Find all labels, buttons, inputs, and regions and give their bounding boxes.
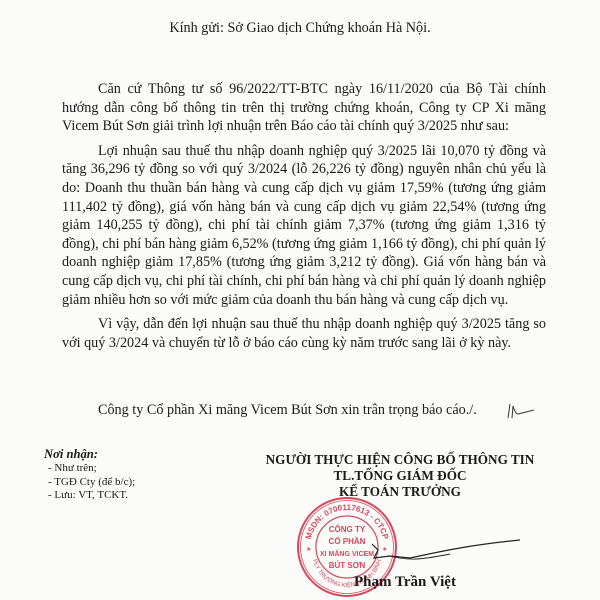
recipients-title: Nơi nhận: bbox=[44, 448, 135, 461]
signer-name: Phạm Trần Việt bbox=[354, 574, 456, 591]
handwritten-signature-icon bbox=[370, 536, 530, 576]
svg-text:CỔ PHẦN: CỔ PHẦN bbox=[329, 536, 366, 546]
svg-text:★: ★ bbox=[306, 546, 311, 553]
recipient-item: - Như trên; bbox=[44, 462, 135, 475]
paragraph-profit-explanation: Lợi nhuận sau thuế thu nhập doanh nghiệp… bbox=[62, 142, 546, 309]
recipient-item: - Lưu: VT, TCKT. bbox=[44, 489, 135, 502]
paragraph-legal-basis: Căn cứ Thông tư số 96/2022/TT-BTC ngày 1… bbox=[62, 80, 546, 136]
greeting-line: Kính gửi: Sở Giao dịch Chứng khoán Hà Nộ… bbox=[0, 20, 600, 37]
closing-line: Công ty Cổ phần Xi măng Vicem Bút Sơn xi… bbox=[98, 402, 477, 419]
signer-title-block: NGƯỜI THỰC HIỆN CÔNG BỐ THÔNG TIN TL.TỔN… bbox=[250, 452, 550, 500]
signer-role: NGƯỜI THỰC HIỆN CÔNG BỐ THÔNG TIN bbox=[250, 452, 550, 468]
recipient-item: - TGĐ Cty (để b/c); bbox=[44, 476, 135, 489]
signer-position: KẾ TOÁN TRƯỞNG bbox=[250, 484, 550, 500]
recipients-block: Nơi nhận: - Như trên; - TGĐ Cty (để b/c)… bbox=[44, 448, 135, 503]
svg-text:CÔNG TY: CÔNG TY bbox=[329, 525, 366, 534]
paragraph-conclusion: Vì vậy, dẫn đến lợi nhuận sau thuế thu n… bbox=[62, 315, 546, 352]
initials-mark-icon bbox=[504, 402, 538, 420]
svg-text:XI MĂNG VICEM: XI MĂNG VICEM bbox=[320, 549, 374, 558]
body-text: Căn cứ Thông tư số 96/2022/TT-BTC ngày 1… bbox=[62, 80, 546, 358]
document-page: Kính gửi: Sở Giao dịch Chứng khoán Hà Nộ… bbox=[0, 0, 600, 600]
signer-authority: TL.TỔNG GIÁM ĐỐC bbox=[250, 468, 550, 484]
svg-text:BÚT SƠN: BÚT SƠN bbox=[329, 561, 366, 570]
